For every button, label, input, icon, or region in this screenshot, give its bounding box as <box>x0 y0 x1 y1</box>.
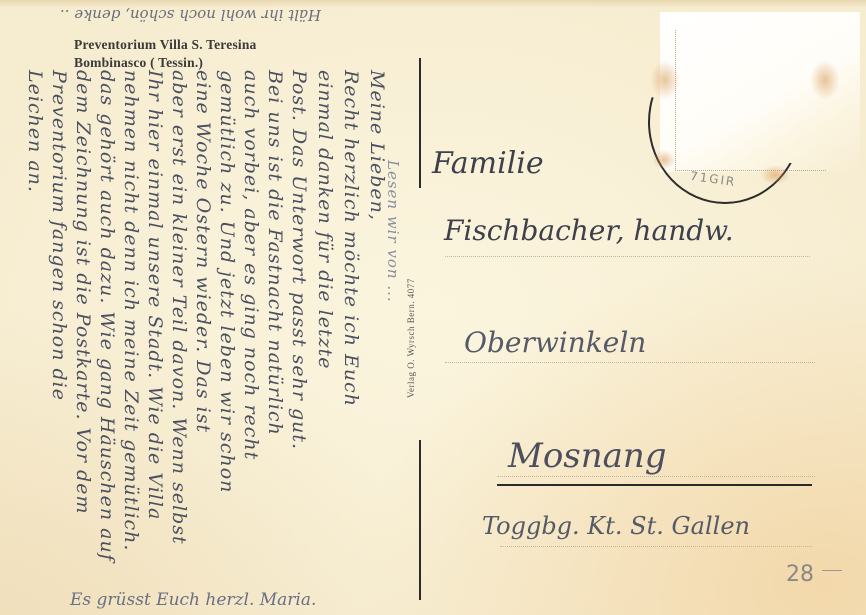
publisher-imprint: Verlag O. Wyrsch Bern. 4077 <box>406 278 416 398</box>
price-dash <box>822 570 842 571</box>
stamp-perforation <box>675 30 826 171</box>
stain <box>652 150 676 170</box>
message-line: Post. Das Unterwort passt sehr gut. <box>288 70 310 450</box>
message-line: Preventorium fangen schon die <box>48 70 70 401</box>
stain <box>650 60 680 100</box>
pencil-price-mark: 28 <box>786 562 814 587</box>
stain <box>810 60 840 100</box>
address-line-3: Oberwinkeln <box>464 326 646 359</box>
address-dotted-line <box>497 476 815 477</box>
message-line: Ihr hier einmal unsere Stadt. Wie die Vi… <box>144 70 166 520</box>
margin-note: Lesen wir von ... <box>384 160 402 303</box>
message-line: gemütlich zu. Und jetzt leben wir schon <box>216 70 238 493</box>
address-line-5: Toggbg. Kt. St. Gallen <box>482 512 750 540</box>
message-line: auch vorbei, aber es ging noch recht <box>240 70 262 460</box>
signature: Es grüsst Euch herzl. Maria. <box>70 590 316 610</box>
address-line-2: Fischbacher, handw. <box>444 214 734 247</box>
message-line: eine Woche Ostern wieder. Das ist <box>192 70 214 433</box>
message-line: einmal danken für die letzte <box>314 70 336 370</box>
address-line-4: Mosnang <box>508 436 667 476</box>
postcard-back: Hält ihr wohl noch schön, denke .. Preve… <box>0 0 866 615</box>
message-line: Recht herzlich möchte ich Euch <box>340 70 362 407</box>
handwritten-message: Meine Lieben, Recht herzlich möchte ich … <box>28 70 408 610</box>
message-line: nehmen nicht denn ich meine Zeit gemütli… <box>120 70 142 551</box>
message-line: Leichen an. <box>24 70 46 193</box>
address-line-1: Familie <box>432 146 544 181</box>
message-line: das gehört auch dazu. Wie gang Häuschen … <box>96 70 118 562</box>
center-divider-bottom <box>419 440 421 600</box>
header-line-1: Preventorium Villa S. Teresina <box>74 36 257 54</box>
message-line: Bei uns ist die Fastnacht natürlich <box>264 70 286 436</box>
handwritten-top-note: Hält ihr wohl noch schön, denke .. <box>60 6 321 24</box>
message-line: aber erst ein kleiner Teil davon. Wenn s… <box>168 70 190 545</box>
address-dotted-line <box>445 362 815 363</box>
address-underline <box>497 484 812 486</box>
address-dotted-line <box>500 546 812 547</box>
stain <box>760 165 790 185</box>
center-divider-top <box>419 58 421 188</box>
publisher-header: Preventorium Villa S. Teresina Bombinasc… <box>74 36 257 72</box>
address-dotted-line <box>445 256 810 257</box>
message-line: dem Zeichnung ist die Postkarte. Vor dem <box>72 70 94 514</box>
